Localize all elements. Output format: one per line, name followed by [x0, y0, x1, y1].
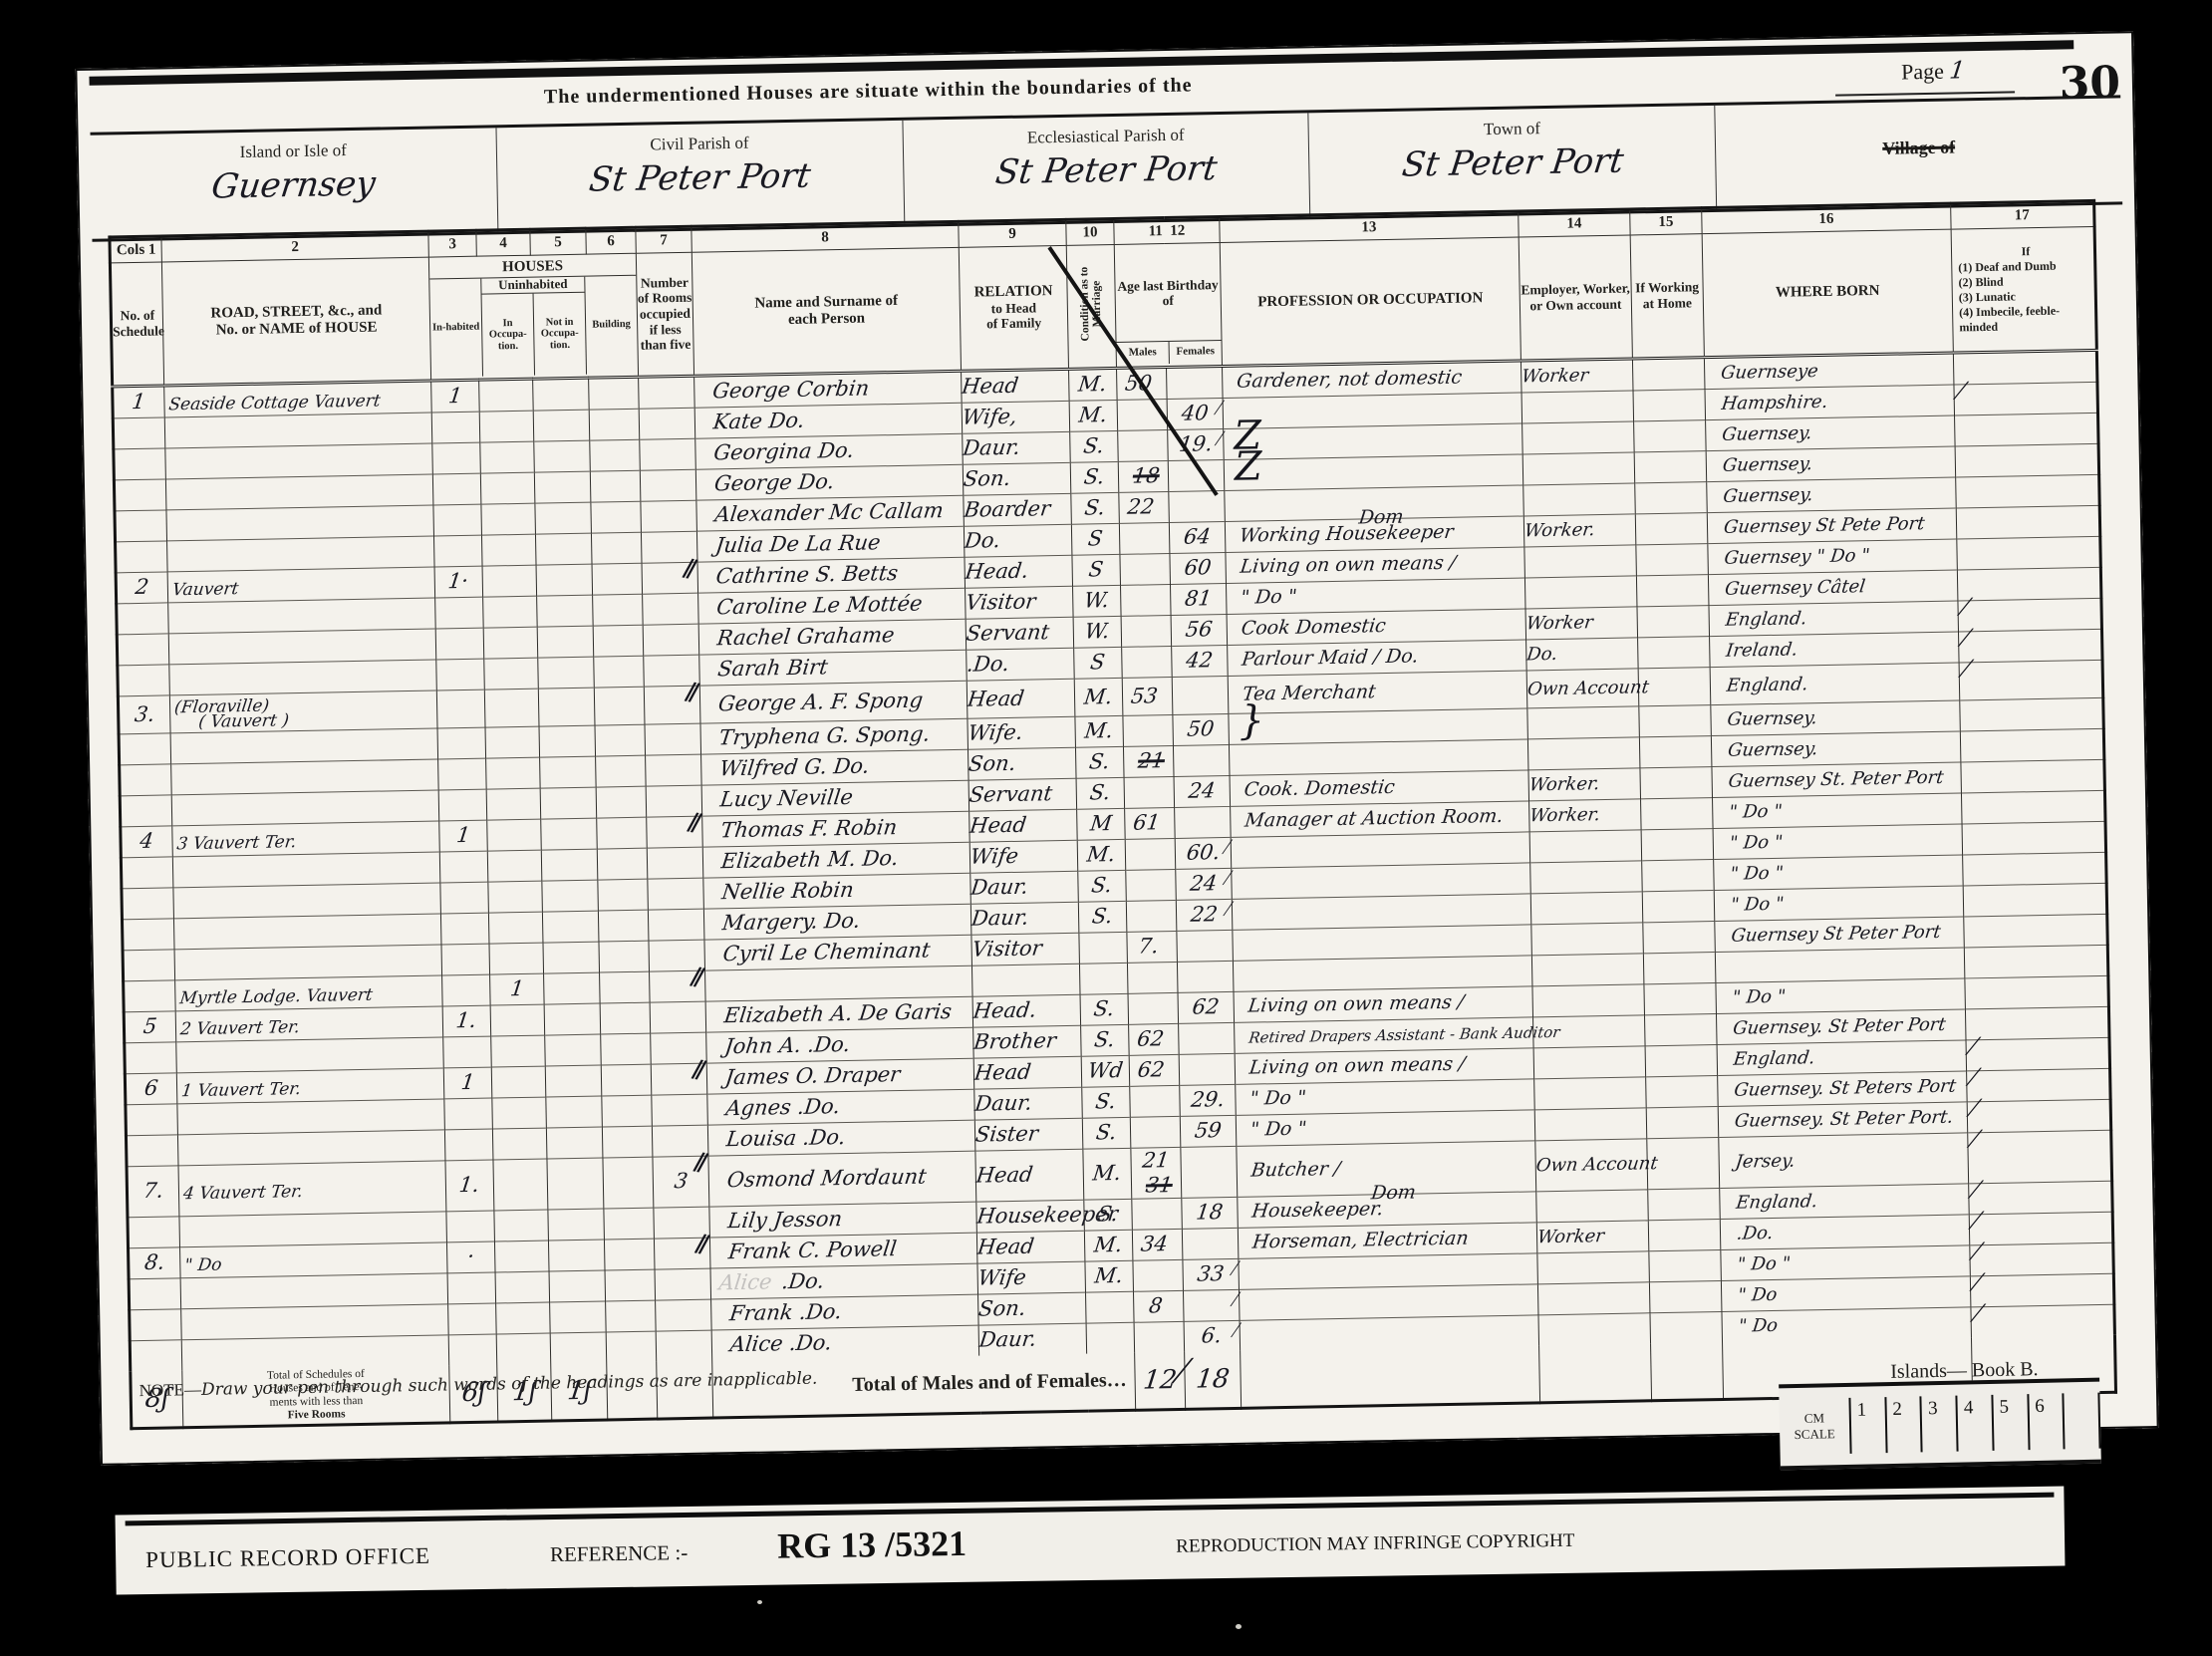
uninhabited-not-cell — [542, 880, 599, 912]
relation-cell: Daur. — [963, 431, 1071, 464]
relation-cell: Daur. — [974, 1087, 1083, 1120]
parish-village: Village of — [1715, 98, 2122, 208]
condition-cell: Wd — [1081, 1055, 1130, 1087]
age-female-cell: 81 — [1170, 583, 1227, 615]
reference-label: REFERENCE :- — [550, 1540, 689, 1567]
address-cell — [164, 413, 432, 448]
inhabited-cell — [448, 1334, 497, 1365]
uninhabited-occ-cell — [496, 1302, 551, 1334]
building-cell — [593, 625, 644, 657]
born-cell: Guernseye — [1704, 353, 1954, 390]
born-cell: Guernsey Câtel — [1708, 570, 1958, 606]
born-cell: " Do " — [1713, 823, 1963, 859]
employer-cell — [1534, 1107, 1647, 1140]
employer-cell — [1527, 736, 1640, 769]
uninhabited-not-cell — [549, 1270, 606, 1302]
address-cell — [180, 1272, 448, 1308]
born-cell: Jersey.⟋ — [1719, 1132, 1969, 1188]
building-cell — [600, 1002, 651, 1034]
schedule-cell — [117, 633, 169, 665]
at-home-cell — [1634, 450, 1707, 482]
at-home-cell — [1635, 512, 1708, 544]
schedule-cell: 5 — [124, 1010, 176, 1042]
name-cell: Julia De La Rue — [696, 526, 965, 562]
uninhabited-occ-cell — [491, 1066, 546, 1098]
relation-cell: Visitor — [966, 586, 1074, 619]
uninhabited-not-cell — [535, 502, 592, 534]
inhabited-cell — [435, 597, 484, 629]
col-uninhabited: Uninhabited In Occupa-tion. Not in Occup… — [481, 277, 587, 377]
employer-cell — [1524, 575, 1637, 608]
building-cell — [605, 1269, 656, 1301]
name-cell: Wilfred G. Do. — [701, 749, 969, 785]
profession-cell: Tea Merchant — [1228, 670, 1527, 712]
name-cell: John A. .Do. — [706, 1027, 974, 1063]
uninhabited-not-cell — [541, 818, 598, 850]
rooms-cell — [650, 1001, 706, 1033]
relation-cell: Housekeeper — [976, 1200, 1085, 1233]
uninhabited-not-cell — [543, 942, 600, 973]
schedule-cell — [123, 949, 175, 980]
uninhabited-not-cell — [545, 1034, 602, 1066]
check-mark: ⟋ — [1968, 1209, 1985, 1236]
age-female-cell — [1175, 806, 1232, 838]
age-female-cell — [1179, 1022, 1236, 1054]
inhabited-cell — [439, 851, 488, 883]
building-cell — [594, 687, 645, 725]
schedule-cell — [118, 664, 170, 695]
inhabited-cell — [443, 1036, 492, 1068]
born-cell: " Do "⟋ — [1721, 1244, 1971, 1280]
schedule-cell — [125, 1041, 177, 1073]
name-cell: George Corbin — [694, 371, 963, 408]
employer-cell — [1523, 482, 1636, 515]
at-home-cell — [1649, 1280, 1722, 1312]
inhabited-cell: 1. — [442, 1005, 491, 1037]
employer-cell: Worker — [1525, 606, 1638, 639]
name-cell: Margery. Do. — [703, 904, 971, 940]
born-cell: Ireland.⟋ — [1710, 632, 1960, 668]
uninhabited-not-cell — [534, 471, 591, 503]
inhabited-cell: 1. — [445, 1160, 494, 1212]
age-male-cell: 62 — [1129, 1023, 1180, 1055]
uninhabited-not-cell — [539, 725, 596, 757]
at-home-cell — [1648, 1188, 1721, 1220]
rooms-cell — [648, 878, 704, 910]
inhabited-cell — [431, 412, 480, 443]
parish-island: Island or Isle of Guernsey — [91, 128, 499, 238]
born-cell: " Do " — [1712, 792, 1962, 828]
name-cell: Alice .Do. — [711, 1325, 979, 1360]
age-female-cell: 29. — [1180, 1084, 1237, 1116]
born-cell: Guernsey. — [1711, 700, 1961, 736]
infirmity-cell — [1965, 975, 2109, 1009]
relation-cell: Head. — [965, 555, 1073, 588]
uninhabited-occ-cell — [493, 1159, 548, 1211]
schedule-cell: 4 — [121, 825, 173, 857]
name-cell: Rachel Grahame — [698, 619, 967, 655]
building-cell — [600, 971, 651, 1003]
employer-cell — [1530, 891, 1643, 924]
age-female-cell — [1181, 1146, 1238, 1198]
uninhabited-not-cell — [547, 1158, 604, 1210]
rooms-cell — [640, 438, 696, 470]
pen-mark: Z — [1234, 443, 1262, 490]
address-cell: 1 Vauvert Ter. — [176, 1067, 444, 1103]
uninhabited-occ-cell — [492, 1097, 547, 1129]
schedule-cell — [113, 416, 165, 448]
at-home-cell — [1650, 1311, 1723, 1343]
reference-number: RG 13 /5321 — [777, 1522, 968, 1567]
col-profession: PROFESSION OR OCCUPATION — [1220, 237, 1521, 366]
infirmity-cell — [1955, 413, 2099, 446]
relation-cell: Head — [975, 1149, 1084, 1202]
condition-cell — [1079, 963, 1128, 994]
schedule-cell: 1 — [113, 385, 165, 417]
infirmity-cell — [1963, 852, 2107, 886]
dust-speck — [1236, 1624, 1242, 1629]
condition-cell: S. — [1076, 777, 1125, 809]
at-home-cell — [1644, 1013, 1717, 1045]
employer-cell — [1532, 983, 1645, 1016]
employer-cell — [1533, 1045, 1646, 1078]
col-schedule: No. of Schedule — [110, 262, 163, 386]
age-female-cell: 22 — [1176, 899, 1233, 931]
rooms-cell — [655, 1268, 711, 1300]
schedule-cell: 3. — [118, 694, 170, 733]
address-cell — [177, 1129, 445, 1165]
employer-cell: Worker. — [1529, 798, 1642, 831]
relation-cell — [971, 964, 1080, 996]
schedule-cell — [130, 1308, 182, 1340]
age-male-cell: 22 — [1119, 491, 1170, 523]
uninhabited-not-cell — [550, 1332, 607, 1364]
at-home-cell — [1640, 766, 1713, 798]
address-cell — [174, 944, 442, 979]
building-cell — [596, 755, 647, 787]
born-cell: Guernsey. — [1706, 415, 1956, 451]
born-cell: Guernsey. St Peters Port⟋ — [1718, 1070, 1968, 1106]
name-cell: Kate Do. — [694, 403, 963, 438]
address-cell: Seaside Cottage Vauvert — [164, 381, 432, 417]
infirmity-cell — [1963, 883, 2107, 917]
age-male-cell: 8 — [1133, 1290, 1184, 1322]
uninhabited-not-cell — [533, 378, 590, 411]
uninhabited-occ-cell — [481, 534, 536, 566]
age-female-cell: 60. — [1175, 837, 1232, 869]
infirmity-cell — [1960, 728, 2104, 762]
age-female-cell — [1177, 930, 1234, 962]
uninhabited-not-cell — [537, 626, 594, 658]
employer-cell: Worker — [1521, 358, 1633, 392]
schedule-cell — [126, 1103, 178, 1135]
building-cell — [597, 817, 648, 849]
rooms-cell — [643, 593, 699, 625]
building-cell — [589, 377, 640, 410]
check-mark: ⟋ — [1957, 626, 1974, 653]
uninhabited-not-cell — [535, 533, 592, 565]
building-cell — [606, 1331, 657, 1362]
age-male-cell — [1132, 1198, 1183, 1230]
relation-cell: Wife — [969, 840, 1078, 873]
born-cell: Guernsey. — [1711, 731, 1961, 767]
address-cell — [166, 505, 434, 541]
schedule-cell — [128, 1216, 180, 1247]
condition-cell: S. — [1070, 430, 1119, 462]
schedule-cell — [116, 540, 168, 572]
archive-footer: PUBLIC RECORD OFFICE REFERENCE :- RG 13 … — [116, 1486, 2066, 1594]
uninhabited-occ-cell — [479, 411, 534, 442]
employer-cell: Worker. — [1528, 767, 1641, 800]
schedule-cell — [120, 763, 172, 795]
inhabited-cell — [435, 628, 484, 660]
check-mark: ⟋ — [1967, 1178, 1984, 1205]
born-cell: Guernsey " Do " — [1708, 539, 1958, 575]
address-cell — [170, 728, 438, 764]
employer-cell: Worker — [1536, 1220, 1649, 1252]
age-female-cell: 40 — [1167, 398, 1224, 429]
address-cell — [165, 443, 433, 479]
at-home-cell — [1642, 859, 1715, 891]
building-cell — [603, 1157, 654, 1209]
uninhabited-not-cell — [533, 410, 590, 441]
uninhabited-occ-cell — [490, 1004, 545, 1036]
building-cell — [592, 563, 643, 595]
at-home-cell — [1641, 797, 1714, 829]
inhabited-cell — [433, 504, 482, 536]
uninhabited-not-cell — [534, 440, 591, 472]
infirmity-cell — [1956, 474, 2100, 508]
at-home-cell — [1632, 357, 1705, 390]
name-cell: Nellie Robin — [703, 873, 971, 909]
infirmity-cell — [1961, 790, 2105, 824]
inhabited-cell — [447, 1272, 496, 1304]
schedule-cell: 7. — [127, 1165, 179, 1217]
uninhabited-not-cell — [548, 1240, 605, 1271]
at-home-cell — [1647, 1137, 1720, 1189]
name-cell: Georgina Do. — [695, 433, 964, 469]
uninhabited-not-cell — [541, 849, 598, 881]
condition-cell: W. — [1073, 585, 1122, 617]
uninhabited-occ-cell — [479, 379, 534, 412]
inhabited-cell — [446, 1211, 495, 1242]
check-mark: ⟋ — [1969, 1270, 1986, 1297]
parish-town: Town of St Peter Port — [1309, 106, 1718, 216]
rooms-cell — [639, 376, 695, 409]
check-mark: ⟋ — [1965, 1065, 1982, 1092]
infirmity-cell — [1957, 567, 2101, 601]
uninhabited-not-cell — [538, 657, 595, 689]
building-cell — [604, 1239, 655, 1270]
uninhabited-occ-cell — [494, 1241, 549, 1272]
age-male-cell — [1124, 776, 1175, 808]
uninhabited-occ-cell — [482, 565, 537, 597]
name-cell: Sarah Birt — [699, 650, 968, 686]
uninhabited-not-cell — [542, 911, 599, 943]
infirmity-cell — [1971, 1304, 2115, 1337]
relation-cell: Head — [962, 369, 1070, 403]
name-cell: ⫽George A. F. Spong — [699, 681, 968, 723]
relation-cell: Boarder — [964, 493, 1072, 526]
building-cell — [596, 786, 647, 818]
age-female-cell — [1182, 1228, 1239, 1259]
relation-cell: Head — [976, 1231, 1085, 1263]
employer-cell — [1522, 451, 1635, 484]
age-male-cell — [1125, 838, 1176, 870]
name-cell: Agnes .Do. — [707, 1089, 975, 1125]
building-cell — [601, 1064, 652, 1096]
address-cell — [168, 598, 436, 634]
building-cell — [594, 656, 645, 688]
uninhabited-occ-cell — [481, 503, 536, 535]
building-cell — [606, 1300, 657, 1332]
schedule-cell — [121, 856, 173, 888]
condition-cell: M. — [1077, 839, 1126, 871]
uninhabited-occ-cell — [484, 658, 539, 690]
building-cell — [602, 1095, 653, 1127]
cm-scale-label: CMSCALE — [1780, 1410, 1850, 1443]
employer-cell: Worker. — [1523, 513, 1636, 546]
inhabited-cell — [442, 974, 491, 1006]
born-cell: Guernsey. St Peter Port.⟋ — [1718, 1101, 1968, 1137]
infirmity-cell — [1968, 1130, 2112, 1184]
schedule-cell — [114, 447, 166, 479]
building-cell — [601, 1033, 652, 1065]
name-cell: Caroline Le Mottée — [698, 588, 967, 624]
parish-civil: Civil Parish of St Peter Port — [496, 121, 905, 231]
infirmity-cell — [1965, 1006, 2109, 1040]
uninhabited-not-cell — [537, 595, 594, 627]
females-total: 18 — [1185, 1350, 1242, 1409]
born-cell: Guernsey St Pete Port — [1707, 508, 1957, 544]
employer-cell — [1522, 420, 1635, 453]
relation-cell: Son. — [963, 462, 1071, 495]
inhabited-cell — [436, 690, 485, 728]
rooms-cell — [639, 408, 695, 439]
uninhabited-not-cell — [548, 1209, 605, 1241]
condition-cell: S. — [1071, 492, 1120, 524]
relation-cell: Brother — [973, 1025, 1082, 1058]
born-cell: England.⟋ — [1710, 663, 1960, 705]
inhabited-cell — [444, 1098, 493, 1130]
condition-cell: S. — [1084, 1199, 1133, 1231]
condition-cell: S. — [1080, 993, 1129, 1025]
employer-cell — [1524, 544, 1637, 577]
employer-cell — [1538, 1312, 1651, 1345]
address-cell: Vauvert — [167, 567, 435, 603]
condition-cell: S. — [1070, 461, 1119, 493]
relation-cell: Wife, — [962, 401, 1070, 433]
uninhabited-not-cell — [546, 1127, 603, 1159]
rooms-cell — [645, 723, 701, 755]
age-female-cell — [1177, 961, 1234, 992]
employer-cell — [1533, 1014, 1646, 1047]
col-building: Building — [585, 276, 638, 375]
schedule-cell — [124, 979, 176, 1011]
uninhabited-occ-cell — [488, 912, 543, 944]
situate-heading: The undermentioned Houses are situate wi… — [544, 75, 1193, 110]
uninhabited-occ-cell — [489, 943, 544, 974]
inhabited-cell — [432, 442, 481, 474]
born-cell: .Do.⟋ — [1720, 1214, 1970, 1249]
age-male-cell — [1126, 869, 1177, 901]
copyright-notice: REPRODUCTION MAY INFRINGE COPYRIGHT — [1176, 1530, 1575, 1558]
age-male-cell: 2131 — [1131, 1147, 1182, 1199]
uninhabited-occ-cell — [487, 819, 542, 851]
name-cell: Elizabeth M. Do. — [702, 842, 970, 878]
condition-cell: S. — [1082, 1086, 1131, 1118]
age-male-cell — [1122, 646, 1173, 678]
at-home-cell — [1637, 605, 1710, 637]
uninhabited-not-cell — [550, 1301, 607, 1333]
inhabited-cell — [433, 535, 482, 567]
condition-cell: M. — [1084, 1230, 1133, 1261]
building-cell — [591, 532, 642, 564]
name-cell: Cyril Le Cheminant — [704, 935, 972, 970]
page-label: Page — [1901, 59, 1944, 85]
at-home-cell — [1643, 921, 1716, 953]
age-female-cell: 50 — [1173, 713, 1230, 745]
age-male-cell — [1121, 615, 1172, 647]
age-male-cell: 62 — [1129, 1054, 1180, 1086]
at-home-cell — [1639, 735, 1712, 767]
schedule-cell: 2 — [116, 571, 168, 603]
inhabited-cell — [440, 913, 489, 945]
condition-cell: M. — [1085, 1260, 1134, 1292]
check-mark: ⟋ — [1953, 379, 1970, 406]
relation-cell: Daur. — [978, 1323, 1087, 1355]
at-home-cell — [1646, 1106, 1719, 1138]
schedule-cell — [122, 918, 174, 950]
uninhabited-occ-cell — [496, 1333, 551, 1364]
infirmity-cell — [1964, 945, 2108, 978]
uninhabited-occ-cell — [487, 850, 542, 882]
employer-cell — [1521, 390, 1634, 422]
inhabited-cell — [432, 473, 481, 505]
col-age: Age last Birthday of Males Females — [1114, 243, 1222, 368]
born-cell: " Do⟋ — [1721, 1275, 1971, 1311]
employer-cell — [1529, 829, 1642, 862]
employer-cell: Own Account — [1535, 1138, 1648, 1191]
age-female-cell: 24 — [1174, 775, 1231, 807]
name-cell: ⫽Frank C. Powell — [709, 1233, 977, 1268]
born-cell: Guernsey St Peter Port — [1715, 916, 1965, 952]
rooms-cell — [643, 624, 699, 656]
employer-cell: Do. — [1526, 637, 1639, 670]
age-male-cell — [1128, 992, 1179, 1024]
check-mark: ⟋ — [1966, 1096, 1983, 1123]
schedule-cell — [115, 509, 167, 541]
uninhabited-not-cell — [540, 787, 597, 819]
condition-cell: S. — [1081, 1024, 1130, 1056]
condition-cell: S — [1071, 523, 1120, 555]
uninhabited-occ-cell — [480, 441, 535, 473]
inhabited-cell: · — [446, 1242, 495, 1273]
relation-cell: Sister — [974, 1118, 1083, 1151]
born-cell: " Do " — [1716, 977, 1966, 1013]
infirmity-cell — [1955, 443, 2099, 477]
age-male-cell: 53 — [1122, 677, 1173, 715]
condition-cell: M. — [1069, 400, 1118, 431]
age-female-cell: 56 — [1171, 614, 1228, 646]
rooms-cell — [641, 500, 697, 532]
name-cell: Louisa .Do. — [707, 1120, 975, 1156]
condition-cell: S. — [1078, 870, 1127, 902]
condition-cell: S — [1074, 647, 1123, 679]
employer-cell: Own Account — [1526, 668, 1639, 707]
infirmity-cell — [1953, 350, 2097, 385]
age-female-cell: 24 — [1176, 868, 1233, 900]
